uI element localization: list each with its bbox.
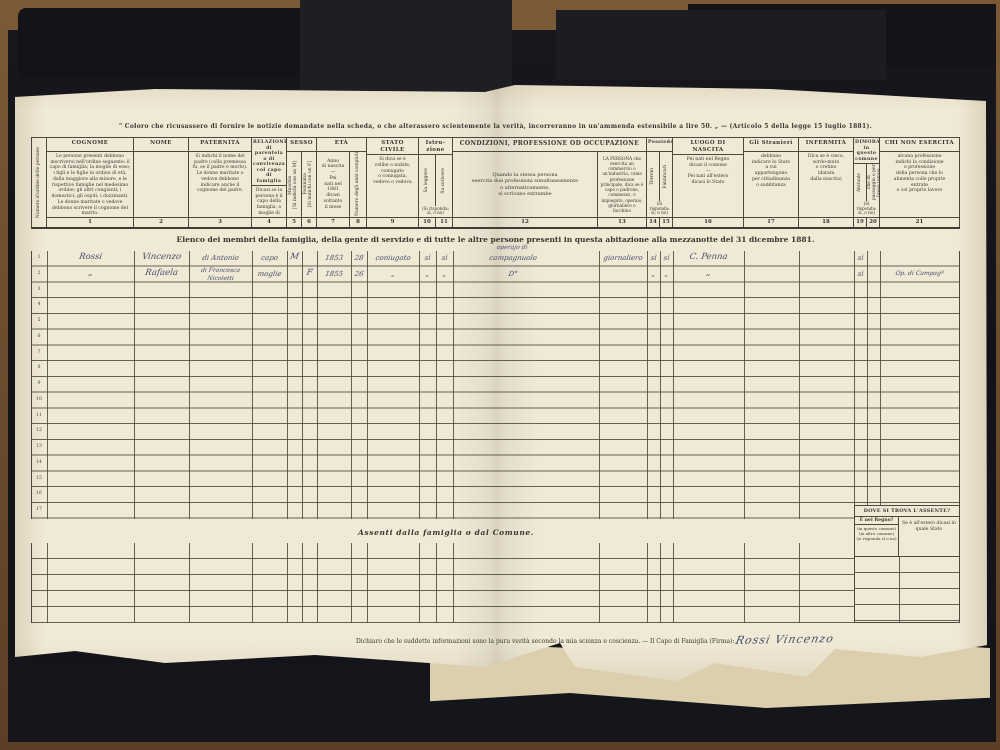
row-number: 2 — [32, 271, 46, 276]
dimora-abituale-label: Abituale — [858, 173, 863, 192]
row-number: 17 — [32, 507, 46, 512]
sa-scrivere-cell: Sa scrivere — [436, 155, 452, 206]
dove-si-trova-box: DOVE SI TROVA L'ASSENTE? È nel Regno? (i… — [854, 505, 960, 623]
declaration-text: Dichiaro che le suddette informazioni so… — [356, 638, 734, 645]
sesso-femmina-label: Femmina [Si indichi con un F] — [304, 161, 314, 207]
stato-civile-title: STATO CIVILE — [367, 138, 418, 155]
eta-anni-label: Numero degli anni compiuti — [356, 152, 361, 216]
grid-column-line — [317, 543, 318, 623]
entry-r2-sesso: F — [301, 269, 317, 278]
relazione-number: 4 — [252, 217, 286, 227]
entry-r1-persona: giornaliero — [598, 255, 647, 262]
relazione-instructions: Dicasi se la persona è il capo della fam… — [252, 186, 286, 217]
entry-r1-relazione: capo — [251, 255, 287, 262]
grid-column-line — [419, 251, 420, 519]
grid-column-line — [189, 251, 190, 519]
condizioni-persona-cell: LA PERSONA che esercita un commercio o u… — [598, 152, 646, 217]
sesso-maschio-label: Maschio [Si indichi con un M] — [289, 161, 299, 209]
condizioni-number-13: 13 — [598, 218, 646, 227]
chi-number: 21 — [880, 217, 959, 227]
dove-regno-label: È nel Regno? — [855, 517, 898, 525]
numero-ordine-label: Numero d'ordine delle persone — [37, 147, 42, 218]
istruzione-title: Istru- zione — [419, 138, 452, 155]
grid-column-line — [252, 543, 253, 623]
grid-column-line — [660, 543, 661, 623]
grid-column-line — [673, 543, 674, 623]
column-numero-ordine: Numero d'ordine delle persone — [32, 138, 47, 227]
row-number: 1 — [32, 255, 46, 260]
dove-regno-sub-label: (in questo comune) (in altro comune) (si… — [855, 525, 898, 556]
entry-r1-dimora: sì — [853, 255, 867, 262]
sesso-femmina-cell: Femmina [Si indichi con un F] — [302, 152, 316, 217]
chi-instructions: alcuna professione indichi la condizione… — [880, 152, 959, 217]
grid-column-line — [647, 543, 648, 623]
column-paternita: PATERNITÀ Si indichi il nome del padre (… — [189, 138, 252, 227]
grid-column-line — [799, 543, 800, 623]
grid-column-line — [744, 543, 745, 623]
row-number: 11 — [32, 413, 46, 418]
condizioni-professione-label: Quando la stessa persona esercita due pr… — [453, 170, 597, 199]
infermita-title: INFERMITÀ — [799, 138, 853, 152]
entry-r2-mantenuto-da: Op. di Campagª — [880, 271, 960, 277]
sa-leggere-label: Sa leggere — [425, 168, 430, 193]
grid-column-line — [660, 251, 661, 519]
possiede-title: Possiede — [647, 138, 672, 152]
dove-column-divider — [899, 557, 900, 622]
eta-number-anni: 8 — [350, 218, 366, 227]
entry-r1-sesso: M — [286, 253, 302, 262]
entry-r1-cognome: Rossi — [46, 253, 134, 262]
possiede-number-t: 14 — [647, 218, 660, 227]
possiede-terreni-cell: Terreni — [647, 152, 660, 201]
eta-anno-label: Anno di nascita — Pei nati nel 1881 dica… — [317, 158, 349, 212]
cognome-title: COGNOME — [47, 138, 133, 152]
entry-r2-paternita: di Francesca — [189, 268, 253, 274]
entry-r2-sa-scrivere: „ — [435, 271, 453, 278]
eta-anno-cell: Anno di nascita — Pei nati nel 1881 dica… — [317, 152, 350, 217]
dimora-abituale-cell: Abituale — [854, 164, 867, 201]
cognome-instructions: Le persone presenti debbono inscriversi … — [47, 152, 133, 217]
row-number: 10 — [32, 397, 46, 402]
dove-rows — [855, 557, 959, 622]
grid-column-line — [799, 251, 800, 519]
stranieri-instructions: debbono indicare lo Stato a cui apparten… — [744, 152, 798, 217]
grid-column-line — [436, 251, 437, 519]
sa-scrivere-label: Sa scrivere — [442, 168, 447, 194]
sesso-number-f: 6 — [302, 218, 316, 227]
luogo-instructions: Pei nati nel Regno dicasi il comune — Pe… — [673, 155, 743, 217]
background-shadow-panel-2 — [556, 10, 886, 80]
possiede-fabbricati-cell: Fabbricati — [660, 152, 672, 201]
column-stato-civile: STATO CIVILE Si dica se è celibe o nubil… — [367, 138, 419, 227]
istruzione-number-s: 11 — [436, 218, 452, 227]
entry-r2-terreni: „ — [646, 271, 660, 278]
grid-column-line — [867, 251, 868, 519]
column-chi-non-esercita: CHI NON ESERCITA alcuna professione indi… — [880, 138, 959, 227]
entry-r1-luogo-nascita: C. Penna — [672, 253, 744, 262]
entry-r1-sa-scrivere: sì — [435, 255, 453, 262]
column-eta: ETÀ Anno di nascita — Pei nati nel 1881 … — [317, 138, 367, 227]
grid-column-line — [367, 251, 368, 519]
possiede-risposta: (Si risponda: sì, o no) — [647, 201, 672, 217]
grid-column-line — [134, 543, 135, 623]
eta-title: ETÀ — [317, 138, 366, 152]
row-number: 9 — [32, 381, 46, 386]
row-number: 7 — [32, 350, 46, 355]
row-number: 13 — [32, 444, 46, 449]
eta-number-anno: 7 — [317, 218, 350, 227]
dimora-number-a: 19 — [854, 218, 867, 227]
grid-column-line — [367, 543, 368, 623]
condizioni-persona-label: LA PERSONA che esercita un commercio o u… — [598, 154, 646, 216]
entry-r2-anno-nascita: 1855 — [316, 271, 351, 278]
entry-r1-anni: 28 — [350, 255, 367, 262]
entry-r2-cognome: „ — [46, 269, 134, 278]
possiede-number-f: 15 — [660, 218, 672, 227]
luogo-number: 16 — [673, 217, 743, 227]
grid-column-line — [647, 251, 648, 519]
eta-anni-cell: Numero degli anni compiuti — [350, 152, 366, 217]
sa-leggere-cell: Sa leggere — [419, 155, 436, 206]
assenti-grid — [31, 543, 960, 623]
istruzione-number-l: 10 — [419, 218, 436, 227]
entry-r2-dimora: sì — [853, 271, 867, 278]
grid-column-line — [189, 543, 190, 623]
nome-title: NOME — [134, 138, 188, 152]
grid-column-line — [673, 251, 674, 519]
row-number: 8 — [32, 365, 46, 370]
column-stranieri: Gli Stranieri debbono indicare lo Stato … — [744, 138, 799, 227]
entry-r1-professione-sopra: operajo di — [472, 245, 553, 251]
entry-r1-nome: Vincenzo — [133, 253, 189, 262]
grid-column-line — [744, 251, 745, 519]
grid-column-line — [287, 543, 288, 623]
entry-r2-relazione: moglie — [251, 271, 287, 278]
row-number: 14 — [32, 460, 46, 465]
entry-r2-anni: 26 — [350, 271, 367, 278]
entry-r1-anno-nascita: 1853 — [316, 255, 351, 262]
main-entries-grid: 1234567891011121314151617 Rossi Vincenzo… — [31, 251, 960, 519]
dimora-risposta: (Si risponda: sì, o no) — [854, 201, 879, 217]
column-istruzione: Istru- zione Sa leggere Sa scrivere (Si … — [419, 138, 453, 227]
stato-civile-instructions: Si dica se è celibe o nubile, coniugato … — [367, 155, 418, 217]
column-relazione: RELAZIONE di parentela o di convivenza c… — [252, 138, 287, 227]
cognome-number: 1 — [47, 217, 133, 227]
condizioni-title: CONDIZIONI, PROFESSIONE OD OCCUPAZIONE — [453, 138, 646, 152]
entry-r2-stato-civile: „ — [366, 271, 419, 278]
possiede-fabbricati-label: Fabbricati — [664, 165, 669, 188]
dimora-title: DIMORA in questo comune — [854, 138, 879, 164]
entry-r2-sa-leggere: „ — [418, 271, 436, 278]
row-number: 3 — [32, 287, 46, 292]
condizioni-number-12: 12 — [453, 218, 598, 227]
luogo-title: LUOGO DI NASCITA — [673, 138, 743, 155]
sesso-maschio-cell: Maschio [Si indichi con un M] — [287, 152, 302, 217]
nome-instructions — [134, 152, 188, 217]
condizioni-professione-cell: Quando la stessa persona esercita due pr… — [453, 152, 598, 217]
row-number: 15 — [32, 476, 46, 481]
paternita-number: 3 — [189, 217, 251, 227]
grid-column-line — [317, 251, 318, 519]
entry-r1-paternita: di Antonio — [188, 255, 252, 262]
paternita-title: PATERNITÀ — [189, 138, 251, 152]
grid-column-line — [599, 543, 600, 623]
possiede-terreni-label: Terreni — [651, 168, 656, 185]
background-shadow-panel — [300, 0, 512, 92]
grid-column-line — [453, 543, 454, 623]
table-title: Elenco dei membri della famiglia, della … — [31, 235, 960, 244]
grid-column-line — [453, 251, 454, 519]
paternita-instructions: Si indichi il nome del padre (colla prem… — [189, 152, 251, 217]
row-number: 12 — [32, 428, 46, 433]
dimora-occasionale-label: Occasionale, che di passaggio o per brev… — [867, 164, 879, 201]
row-number: 4 — [32, 302, 46, 307]
grid-column-line — [880, 251, 881, 519]
entry-r2-luogo-nascita: „ — [672, 269, 744, 278]
dove-title: DOVE SI TROVA L'ASSENTE? — [855, 506, 959, 517]
infermita-instructions: Dica se è cieco, sordo-muto o cretino (d… — [799, 152, 853, 217]
entry-r1-terreni: sì — [646, 255, 660, 262]
penalty-note: " Coloro che ricusassero di fornire le n… — [31, 123, 960, 130]
column-dimora: DIMORA in questo comune Abituale Occasio… — [854, 138, 880, 227]
column-cognome: COGNOME Le persone presenti debbono insc… — [47, 138, 134, 227]
head-of-family-signature: Rossi Vincenzo — [735, 632, 836, 647]
column-sesso: SESSO Maschio [Si indichi con un M] Femm… — [287, 138, 317, 227]
dimora-occasionale-cell: Occasionale, che di passaggio o per brev… — [867, 164, 879, 201]
entry-r2-professione: D° — [452, 271, 573, 278]
column-condizioni: CONDIZIONI, PROFESSIONE OD OCCUPAZIONE Q… — [453, 138, 647, 227]
row-number: 6 — [32, 334, 46, 339]
chi-title: CHI NON ESERCITA — [880, 138, 959, 152]
form-header-table: Numero d'ordine delle persone COGNOME Le… — [31, 137, 960, 229]
census-sheet: " Coloro che ricusassero di fornire le n… — [15, 85, 987, 685]
grid-column-line — [436, 543, 437, 623]
stato-civile-number: 9 — [367, 217, 418, 227]
dove-estero-label: Se è all'estero dicasi in quale Stato — [899, 517, 959, 556]
assenti-section-title: Assenti dalla famiglia o dal Comune. — [31, 528, 861, 537]
sesso-number-m: 5 — [287, 218, 302, 227]
grid-column-line — [351, 543, 352, 623]
row-number: 16 — [32, 491, 46, 496]
grid-column-line — [47, 251, 48, 519]
grid-column-line — [351, 251, 352, 519]
declaration-line: Dichiaro che le suddette informazioni so… — [31, 633, 960, 646]
stranieri-number: 17 — [744, 217, 798, 227]
infermita-number: 18 — [799, 217, 853, 227]
entry-r2-paternita-cognome: Nicoletti — [189, 276, 253, 282]
entry-r1-professione: campagnuolo — [452, 255, 573, 262]
grid-column-line — [302, 251, 303, 519]
relazione-title: RELAZIONE di parentela o di convivenza c… — [252, 138, 286, 186]
grid-column-line — [252, 251, 253, 519]
entry-r1-sa-leggere: sì — [418, 255, 436, 262]
column-luogo-nascita: LUOGO DI NASCITA Pei nati nel Regno dica… — [673, 138, 744, 227]
grid-column-line — [47, 543, 48, 623]
istruzione-risposta: (Si risponda: sì, o no) — [419, 206, 452, 217]
grid-column-line — [302, 543, 303, 623]
entry-r1-stato-civile: coniugato — [366, 255, 419, 262]
column-possiede: Possiede Terreni Fabbricati (Si risponda… — [647, 138, 673, 227]
column-infermita: INFERMITÀ Dica se è cieco, sordo-muto o … — [799, 138, 854, 227]
grid-column-line — [419, 543, 420, 623]
entry-r2-nome: Rafaela — [133, 269, 189, 278]
grid-column-line — [134, 251, 135, 519]
grid-column-line — [287, 251, 288, 519]
nome-number: 2 — [134, 217, 188, 227]
row-number: 5 — [32, 318, 46, 323]
sesso-title: SESSO — [287, 138, 316, 152]
grid-column-line — [854, 251, 855, 519]
column-nome: NOME 2 — [134, 138, 189, 227]
stranieri-title: Gli Stranieri — [744, 138, 798, 152]
grid-column-line — [599, 251, 600, 519]
dimora-number-o: 20 — [867, 218, 879, 227]
